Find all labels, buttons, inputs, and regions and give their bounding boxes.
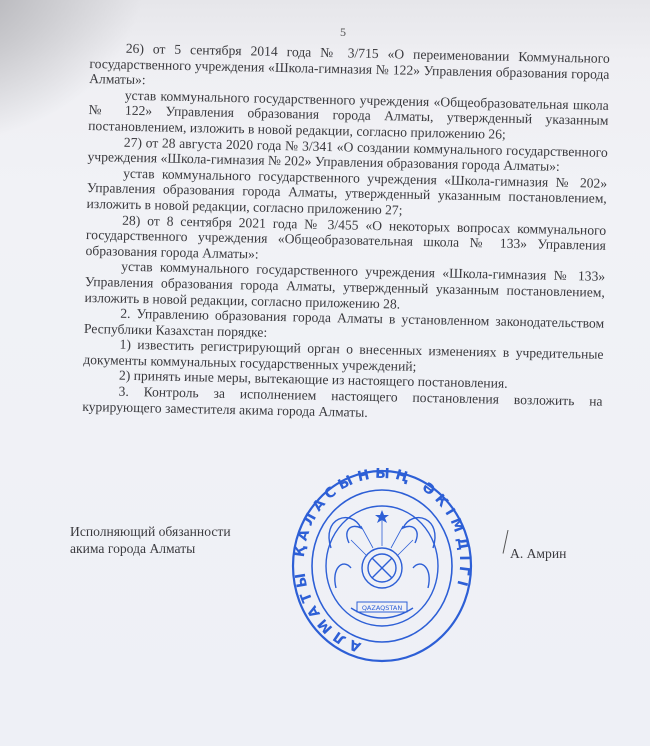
signature-title-line1: Исполняющий обязанности bbox=[70, 523, 231, 540]
page-number: 5 bbox=[340, 25, 346, 40]
official-seal-stamp: АЛМАТЫ ҚАЛАСЫНЫҢ ӘКІМДІГІ bbox=[291, 468, 473, 664]
signatory-name: А. Амрин bbox=[510, 546, 566, 562]
document-page: 5 26) от 5 сентября 2014 года № 3/715 «О… bbox=[0, 0, 650, 746]
seal-emblem-icon: АЛМАТЫ ҚАЛАСЫНЫҢ ӘКІМДІГІ bbox=[291, 468, 473, 664]
svg-text:QAZAQSTAN: QAZAQSTAN bbox=[362, 604, 403, 612]
document-body: 26) от 5 сентября 2014 года № 3/715 «О п… bbox=[82, 40, 610, 425]
signature-title: Исполняющий обязанности акима города Алм… bbox=[70, 523, 231, 557]
signature-title-line2: акима города Алматы bbox=[70, 540, 231, 557]
